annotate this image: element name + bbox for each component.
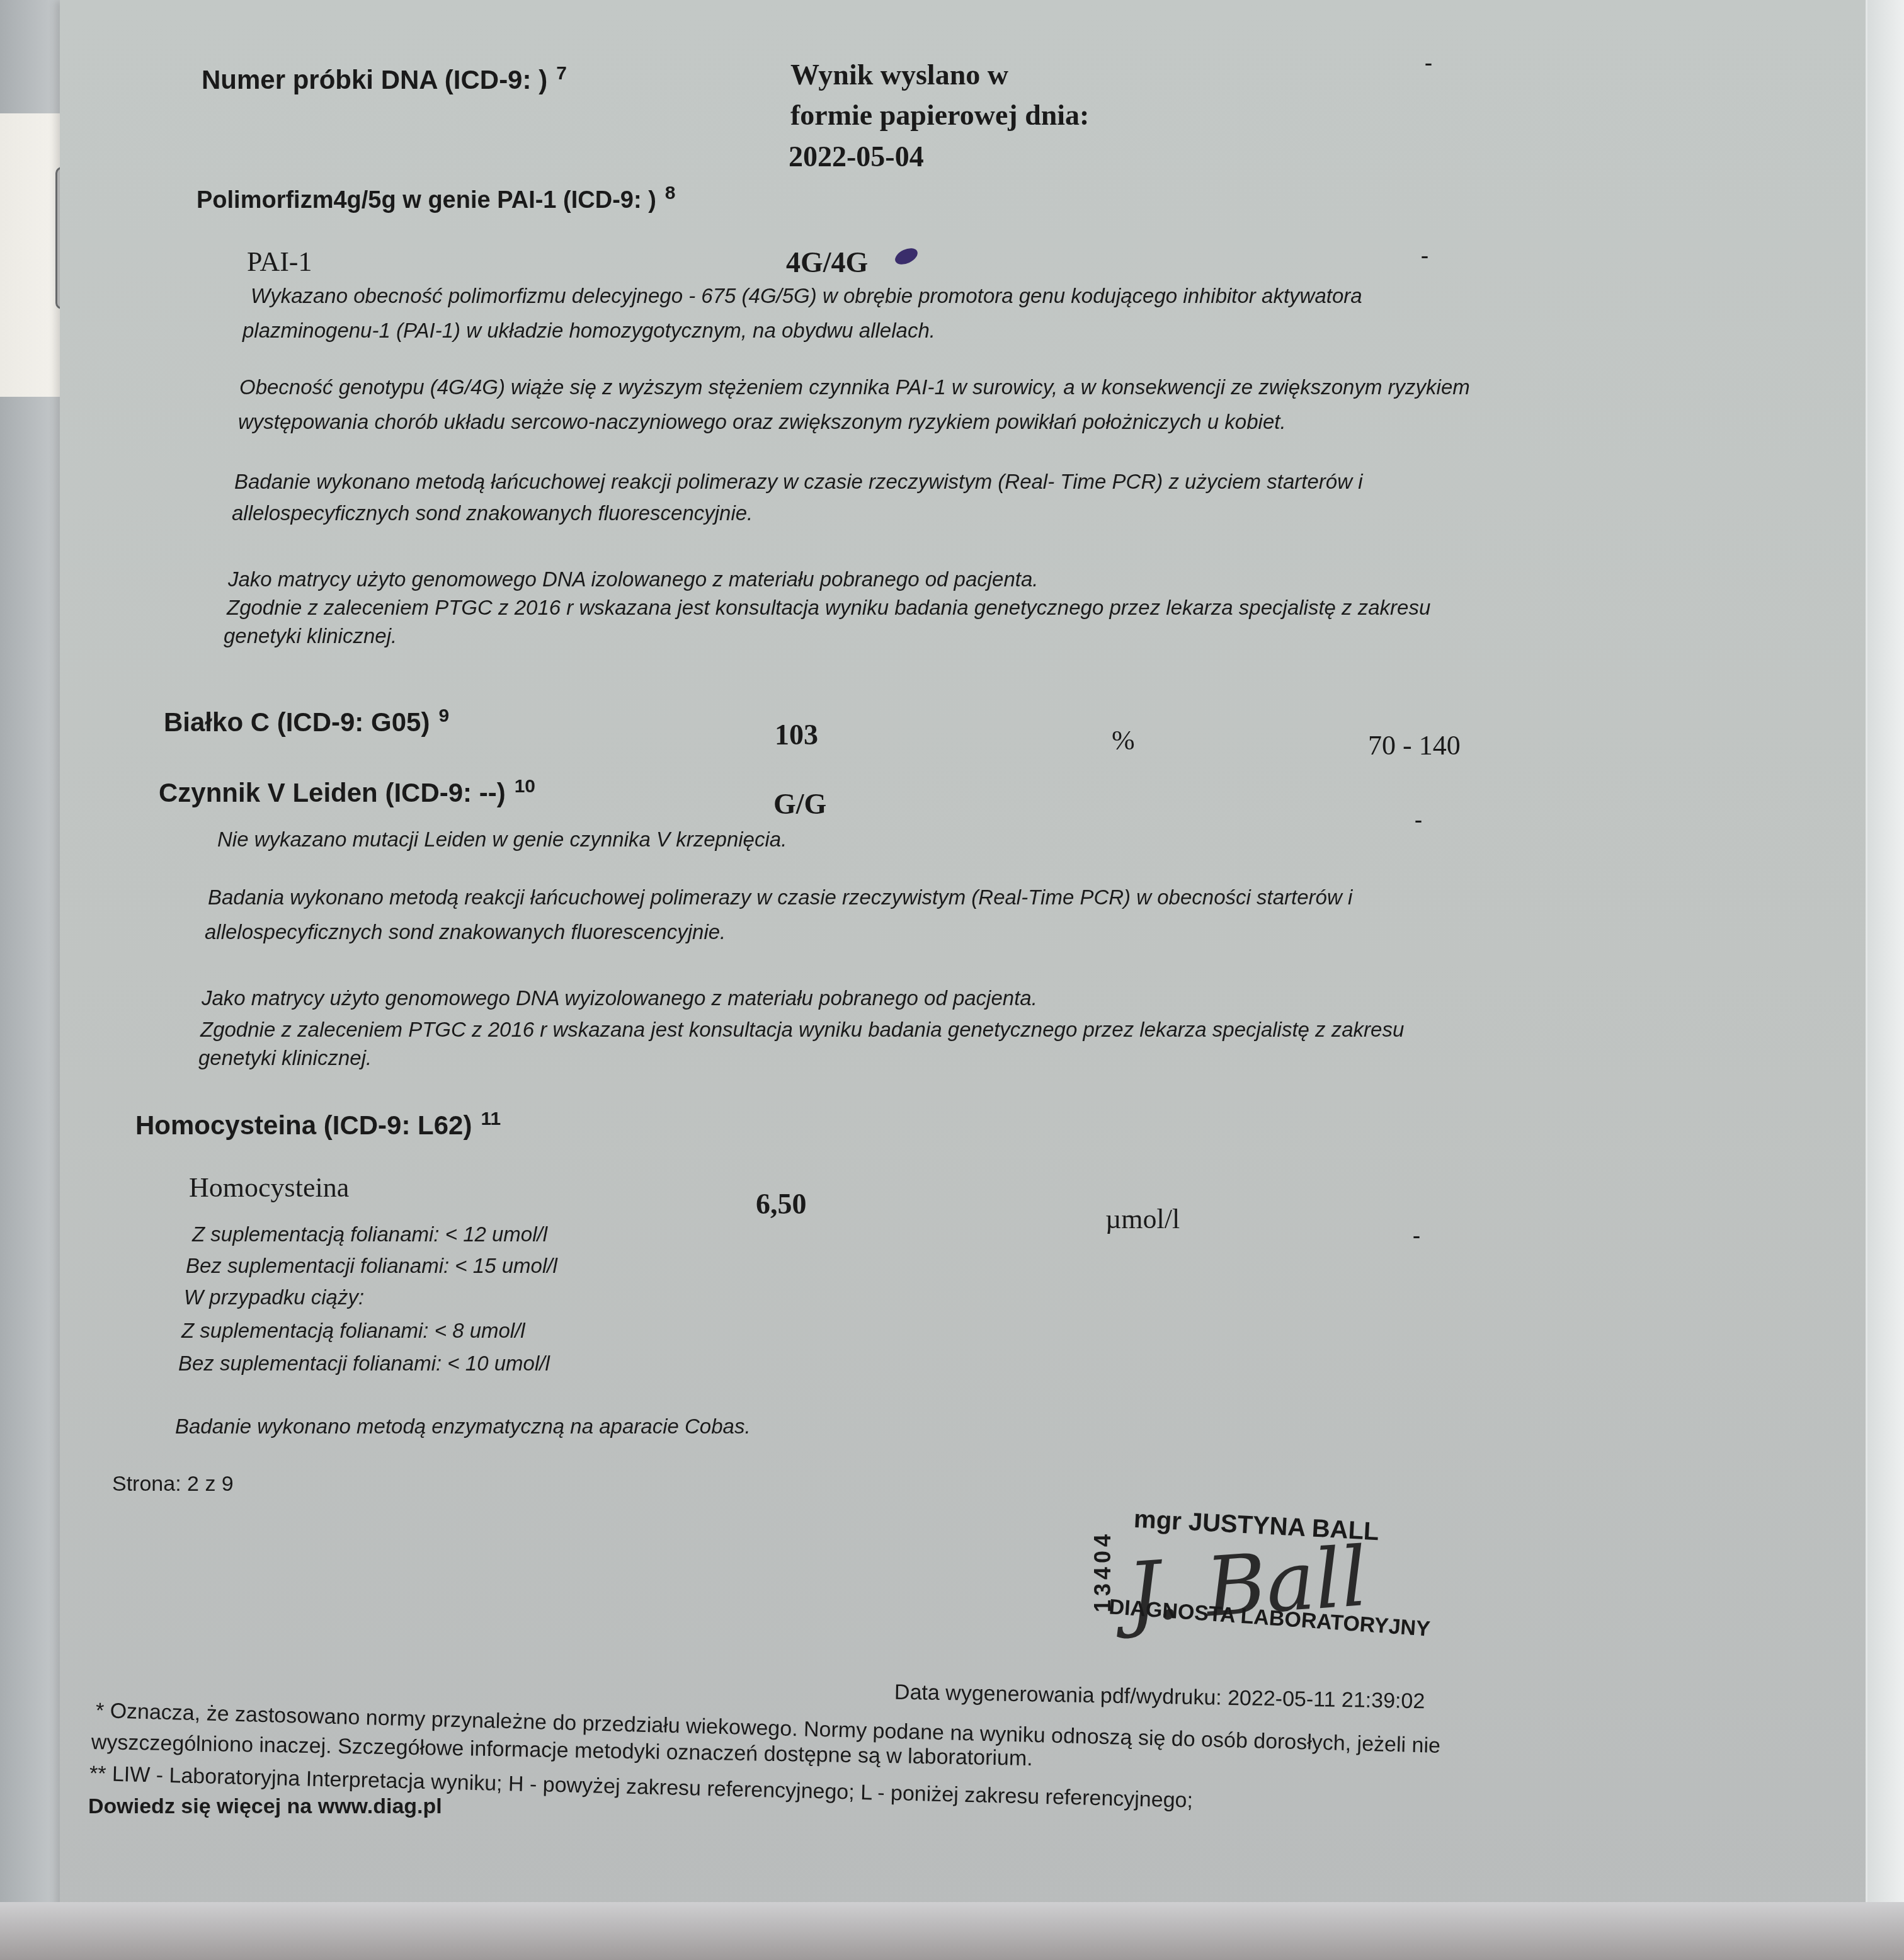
dna-sample-text: Numer próbki DNA (ICD-9: ) — [202, 65, 547, 94]
homocysteine-flag: - — [1413, 1222, 1420, 1248]
pai1-para1-line2: plazminogenu-1 (PAI-1) w układzie homozy… — [242, 315, 935, 346]
pai1-para2-line1: Obecność genotypu (4G/4G) wiąże się z wy… — [239, 372, 1470, 403]
protein-c-result: 103 — [775, 718, 818, 751]
pai1-para2-line2: występowania chorób układu sercowo-naczy… — [238, 406, 1286, 438]
factor-v-para1: Nie wykazano mutacji Leiden w genie czyn… — [217, 824, 787, 855]
dna-sample-label: Numer próbki DNA (ICD-9: )7 — [202, 63, 567, 95]
factor-v-title-text: Czynnik V Leiden (ICD-9: --) — [159, 778, 506, 807]
footnote-ref: 7 — [556, 63, 567, 84]
homocysteine-norm-4: Z suplementacją folianami: < 8 umol/l — [181, 1315, 525, 1347]
pai1-section-title: Polimorfizm4g/5g w genie PAI-1 (ICD-9: )… — [197, 183, 676, 214]
protein-c-title-text: Białko C (ICD-9: G05) — [164, 707, 430, 737]
homocysteine-test-name: Homocysteina — [189, 1171, 349, 1204]
factor-v-para3-line2: Zgodnie z zaleceniem PTGC z 2016 r wskaz… — [200, 1014, 1404, 1046]
more-info-link[interactable]: Dowiedz się więcej na www.diag.pl — [88, 1790, 442, 1823]
next-page-edge — [1866, 0, 1904, 1960]
pai1-para4-line3: genetyki klinicznej. — [224, 620, 397, 652]
homocysteine-result: 6,50 — [756, 1187, 807, 1221]
homocysteine-title: Homocysteina (ICD-9: L62)11 — [135, 1108, 501, 1141]
pai1-title-text: Polimorfizm4g/5g w genie PAI-1 (ICD-9: ) — [197, 187, 656, 214]
factor-v-para2-line1: Badania wykonano metodą reakcji łańcucho… — [208, 882, 1352, 913]
protein-c-unit: % — [1112, 724, 1135, 756]
pai1-para4-line2: Zgodnie z zaleceniem PTGC z 2016 r wskaz… — [227, 592, 1430, 624]
homocysteine-norm-5: Bez suplementacji folianami: < 10 umol/l — [178, 1348, 550, 1379]
protein-c-title: Białko C (ICD-9: G05)9 — [164, 705, 449, 738]
factor-v-para2-line2: allelospecyficznych sond znakowanych flu… — [205, 916, 726, 948]
factor-v-flag: - — [1415, 806, 1422, 833]
homocysteine-unit: µmol/l — [1105, 1203, 1180, 1235]
factor-v-para3-line3: genetyki klinicznej. — [198, 1042, 372, 1074]
pai1-para4-line1: Jako matrycy użyto genomowego DNA izolow… — [228, 564, 1039, 595]
factor-v-result: G/G — [773, 787, 826, 821]
homocysteine-norm-1: Z suplementacją folianami: < 12 umol/l — [192, 1219, 547, 1250]
factor-v-title: Czynnik V Leiden (ICD-9: --)10 — [159, 776, 535, 808]
protein-c-reference: 70 - 140 — [1368, 729, 1461, 761]
table-surface — [0, 1902, 1904, 1960]
footnote-ref: 9 — [438, 705, 449, 726]
homocysteine-title-text: Homocysteina (ICD-9: L62) — [135, 1110, 472, 1140]
header-flag: - — [1425, 49, 1432, 76]
factor-v-para3-line1: Jako matrycy użyto genomowego DNA wyizol… — [202, 983, 1037, 1014]
page-indicator: Strona: 2 z 9 — [112, 1467, 234, 1500]
pai1-para1-line1: Wykazano obecność polimorfizmu delecyjne… — [251, 280, 1362, 312]
pai1-test-name: PAI-1 — [247, 246, 312, 278]
footnote-ref: 10 — [515, 776, 535, 797]
sent-line1: Wynik wyslano w — [790, 58, 1008, 91]
homocysteine-norm-3: W przypadku ciąży: — [184, 1282, 364, 1313]
footnote-ref: 8 — [665, 183, 676, 203]
footnote-ref: 11 — [481, 1108, 501, 1129]
pai1-para3-line1: Badanie wykonano metodą łańcuchowej reak… — [234, 466, 1362, 498]
homocysteine-method: Badanie wykonano metodą enzymatyczną na … — [175, 1411, 751, 1442]
sent-line2: formie papierowej dnia: — [790, 98, 1089, 132]
pai1-flag: - — [1421, 242, 1428, 268]
pai1-result: 4G/4G — [786, 246, 868, 279]
sent-date: 2022-05-04 — [789, 140, 924, 173]
homocysteine-norm-2: Bez suplementacji folianami: < 15 umol/l — [186, 1250, 557, 1282]
pai1-para3-line2: allelospecyficznych sond znakowanych flu… — [232, 498, 753, 529]
